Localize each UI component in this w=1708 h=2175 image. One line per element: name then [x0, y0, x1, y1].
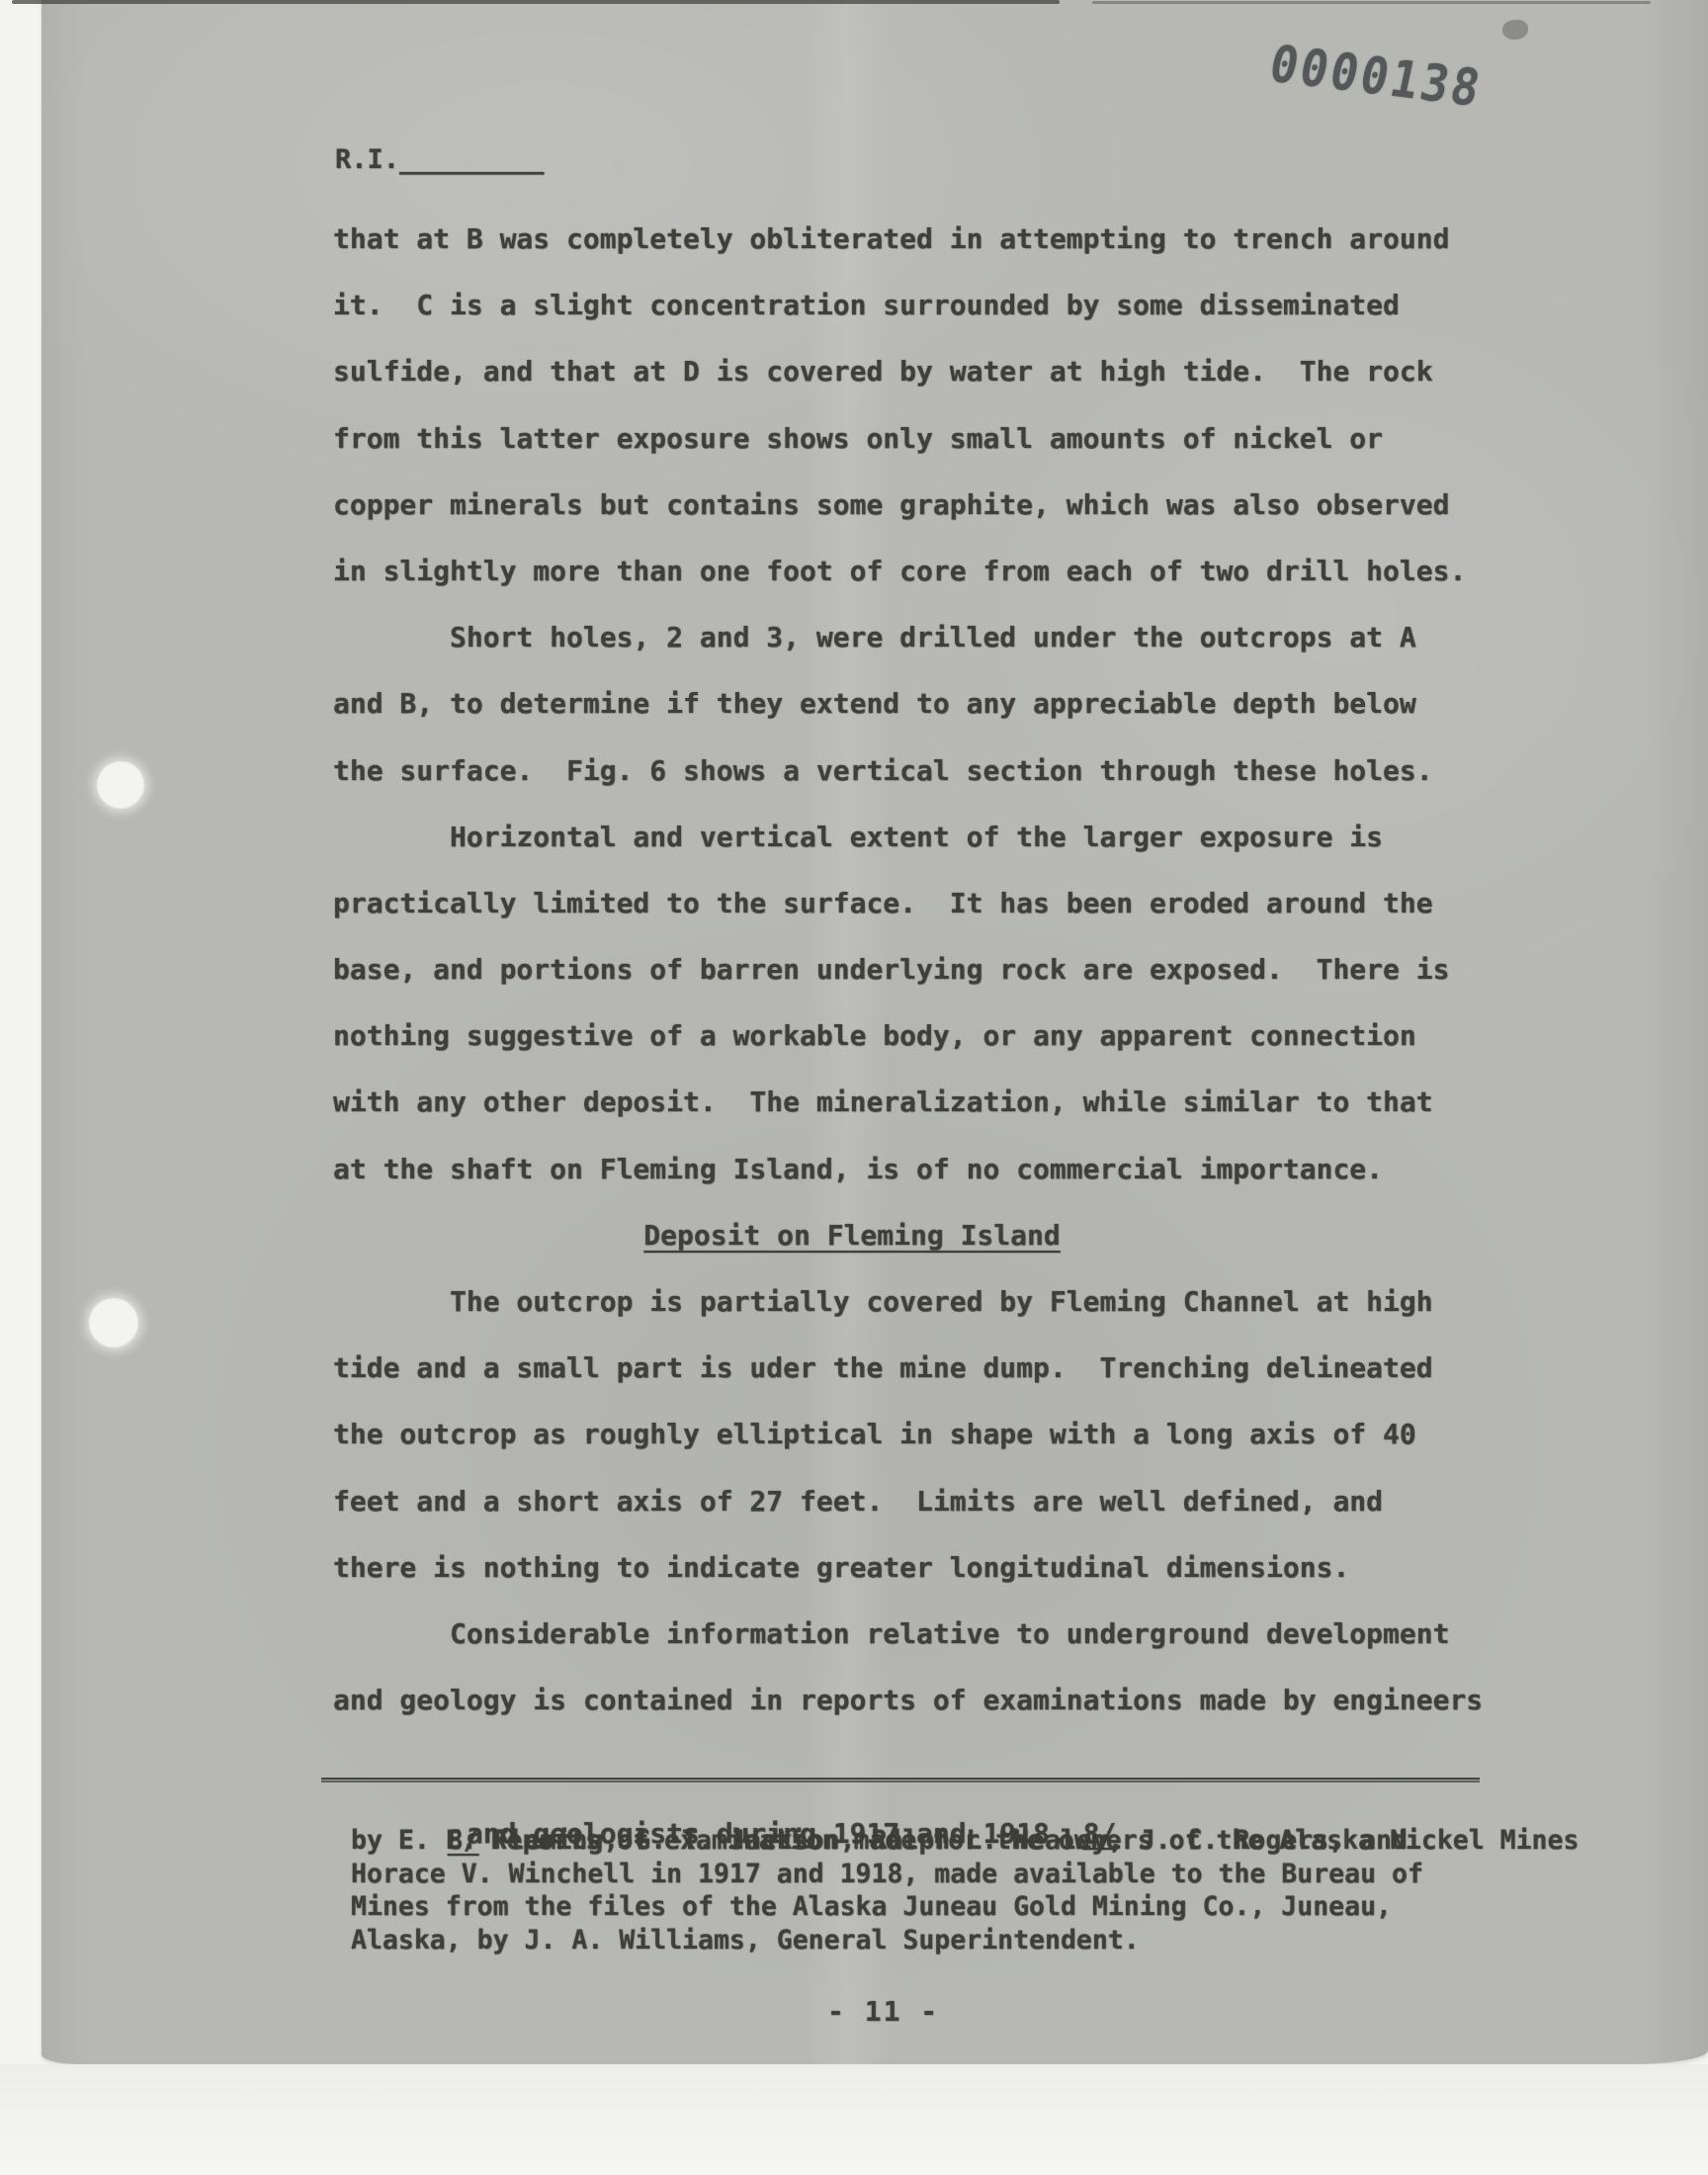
text-line: tide and a small part is uder the mine d…: [333, 1335, 1470, 1401]
text-line: sulfide, and that at D is covered by wat…: [333, 338, 1470, 404]
document-serial-stamp: 0000138: [1264, 34, 1488, 119]
footnote-continuation-lines: by E. E. Fleming, G. T. Jackson, Ralph L…: [321, 1824, 1497, 1957]
scanned-page-screenshot: { "stamp": { "number": "0000138" }, "hea…: [0, 0, 1708, 2175]
report-series-label: R.I._________: [335, 144, 544, 175]
hole-punch: [89, 1298, 138, 1348]
text-line: Considerable information relative to und…: [333, 1601, 1470, 1667]
report-series-text: R.I.: [335, 144, 399, 175]
paragraphs-before-heading: that at B was completely obliterated in …: [333, 206, 1470, 1202]
text-line: the outcrop as roughly elliptical in sha…: [333, 1401, 1470, 1467]
section-heading: Deposit on Fleming Island: [333, 1202, 1470, 1268]
text-line: and geology is contained in reports of e…: [333, 1667, 1470, 1733]
text-line: Alaska, by J. A. Williams, General Super…: [321, 1924, 1497, 1957]
text-line: by E. E. Fleming, G. T. Jackson, Ralph L…: [321, 1824, 1497, 1857]
footnote: 8/Reports of examination made for the ow…: [321, 1791, 1497, 1957]
text-line: at the shaft on Fleming Island, is of no…: [333, 1136, 1470, 1202]
text-line: Short holes, 2 and 3, were drilled under…: [333, 604, 1470, 670]
text-line: it. C is a slight concentration surround…: [333, 272, 1470, 338]
body-text: that at B was completely obliterated in …: [333, 206, 1470, 1800]
scanner-background: 0000138 R.I._________ that at B was comp…: [0, 0, 1708, 2175]
scan-smudge-artifact: [1502, 20, 1528, 40]
document-page: 0000138 R.I._________ that at B was comp…: [42, 0, 1708, 2064]
text-line: with any other deposit. The mineralizati…: [333, 1069, 1470, 1135]
scan-edge-artifact: [1092, 1, 1651, 4]
text-line: the surface. Fig. 6 shows a vertical sec…: [333, 738, 1470, 804]
paragraphs-after-heading: The outcrop is partially covered by Flem…: [333, 1268, 1470, 1733]
scanner-background-bottom: [0, 2064, 1708, 2175]
text-line: practically limited to the surface. It h…: [333, 870, 1470, 936]
scan-edge-artifact: [12, 0, 1060, 4]
footnote-separator-rule: [321, 1778, 1480, 1783]
text-line: and B, to determine if they extend to an…: [333, 670, 1470, 737]
text-line: there is nothing to indicate greater lon…: [333, 1534, 1470, 1601]
footnote-first-line: 8/Reports of examination made for the ow…: [321, 1791, 1497, 1824]
text-line: that at B was completely obliterated in …: [333, 206, 1470, 272]
text-line: feet and a short axis of 27 feet. Limits…: [333, 1468, 1470, 1534]
text-line: Mines from the files of the Alaska Junea…: [321, 1890, 1497, 1923]
text-line: base, and portions of barren underlying …: [333, 936, 1470, 1002]
report-series-blank-line: _________: [399, 144, 544, 175]
text-line: in slightly more than one foot of core f…: [333, 538, 1470, 604]
page-number: - 11 -: [827, 1995, 939, 2028]
text-line: Horizontal and vertical extent of the la…: [333, 804, 1470, 870]
text-line: nothing suggestive of a workable body, o…: [333, 1002, 1470, 1069]
text-line: copper minerals but contains some graphi…: [333, 472, 1470, 538]
text-line: Horace V. Winchell in 1917 and 1918, mad…: [321, 1858, 1497, 1890]
text-line: from this latter exposure shows only sma…: [333, 405, 1470, 472]
hole-punch: [97, 761, 144, 809]
footnote-reference-line: and geologists during 1917 and 1918. 8/: [333, 1733, 1470, 1799]
text-line: The outcrop is partially covered by Flem…: [333, 1268, 1470, 1335]
